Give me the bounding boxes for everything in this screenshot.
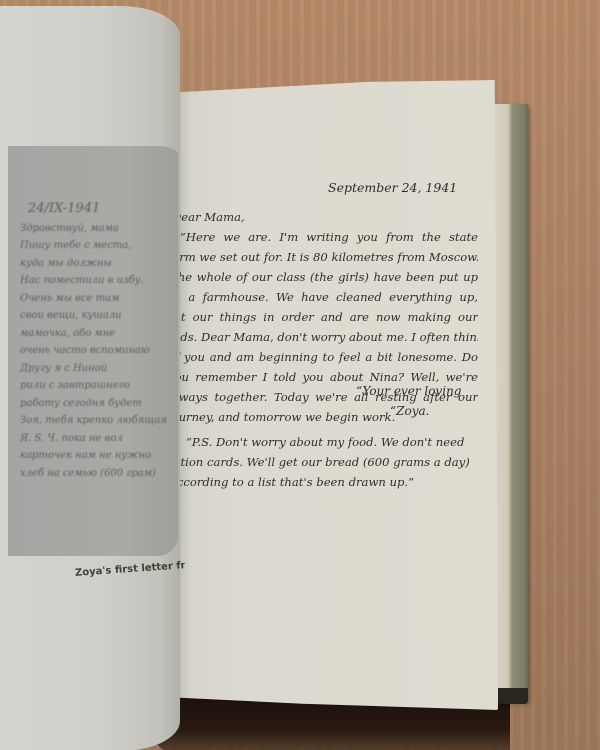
handwritten-line: очень часто вспоминаю	[20, 342, 180, 360]
letter-line: put our things in order and are now maki…	[166, 307, 478, 327]
handwritten-line: Зоя, тебя крепко любящая	[20, 412, 180, 430]
handwritten-line: карточек нам не нужно	[20, 447, 180, 465]
letter-closing: “Your ever loving	[356, 384, 461, 398]
handwritten-line: рили с завтрашнего	[20, 377, 180, 395]
letter-line: “Here we are. I'm writing you from the s…	[180, 227, 478, 247]
handwritten-line: Я. S. Ч. пока не вол	[20, 430, 180, 448]
postscript-line: according to a list that's been drawn up…	[170, 472, 478, 492]
handwritten-letter-text: 24/IX-1941 Здравствуй, мама Пишу тебе с …	[20, 200, 180, 482]
book-cover-edge	[498, 688, 528, 704]
letter-signature: “Zoya.	[390, 404, 429, 418]
salutation: Dear Mama,	[172, 207, 478, 227]
letter-line: beds. Dear Mama, don't worry about me. I…	[166, 327, 478, 347]
handwritten-line: Нас поместили в избу.	[20, 272, 180, 290]
letter-line: The whole of our class (the girls) have …	[170, 267, 478, 287]
handwritten-line: Другу я с Ниной	[20, 360, 180, 378]
handwritten-line: хлеб на семью (600 грам)	[20, 465, 180, 483]
letter-line: journey, and tomorrow we begin work.	[168, 407, 478, 427]
postscript: “P.S. Don't worry about my food. We don'…	[178, 432, 478, 492]
handwritten-line: работу сегодня будет	[20, 395, 180, 413]
handwritten-line: Здравствуй, мама	[20, 220, 180, 238]
handwritten-line: Пишу тебе с места,	[20, 237, 180, 255]
postscript-line: ration cards. We'll get our bread (600 g…	[168, 452, 478, 472]
letter-date: September 24, 1941	[328, 180, 457, 195]
letter-line: of you and am beginning to feel a bit lo…	[168, 347, 478, 367]
handwritten-line: мамочка, обо мне	[20, 325, 180, 343]
handwritten-line: куда мы должны	[20, 255, 180, 273]
handwritten-date: 24/IX-1941	[28, 200, 180, 218]
handwritten-line: свои вещи, кушали	[20, 307, 180, 325]
letter-line: farm we set out for. It is 80 kilometres…	[168, 247, 478, 267]
handwritten-line: Очень мы все там	[20, 290, 180, 308]
postscript-line: “P.S. Don't worry about my food. We don'…	[186, 432, 478, 452]
letter-line: in a farmhouse. We have cleaned everythi…	[170, 287, 478, 307]
